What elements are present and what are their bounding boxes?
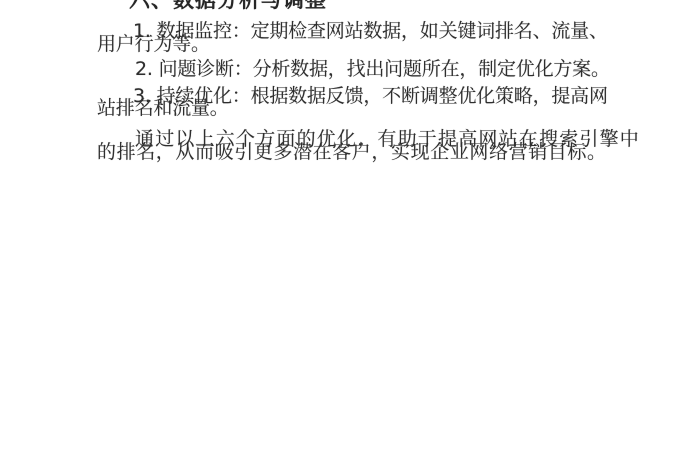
section-heading: 六、数据分析与调整 [129,0,327,11]
paragraph-2-line-1: 2. 问题诊断：分析数据，找出问题所在，制定优化方案。 [135,60,610,79]
document-page: 六、数据分析与调整 1. 数据监控：定期检查网站数据，如关键词排名、流量、 用户… [0,0,700,470]
paragraph-4-line-2: 的排名，从而吸引更多潜在客户，实现企业网络营销目标。 [97,143,607,162]
paragraph-3-line-2: 站排名和流量。 [97,99,229,118]
paragraph-1-line-2: 用户行为等。 [97,35,210,54]
